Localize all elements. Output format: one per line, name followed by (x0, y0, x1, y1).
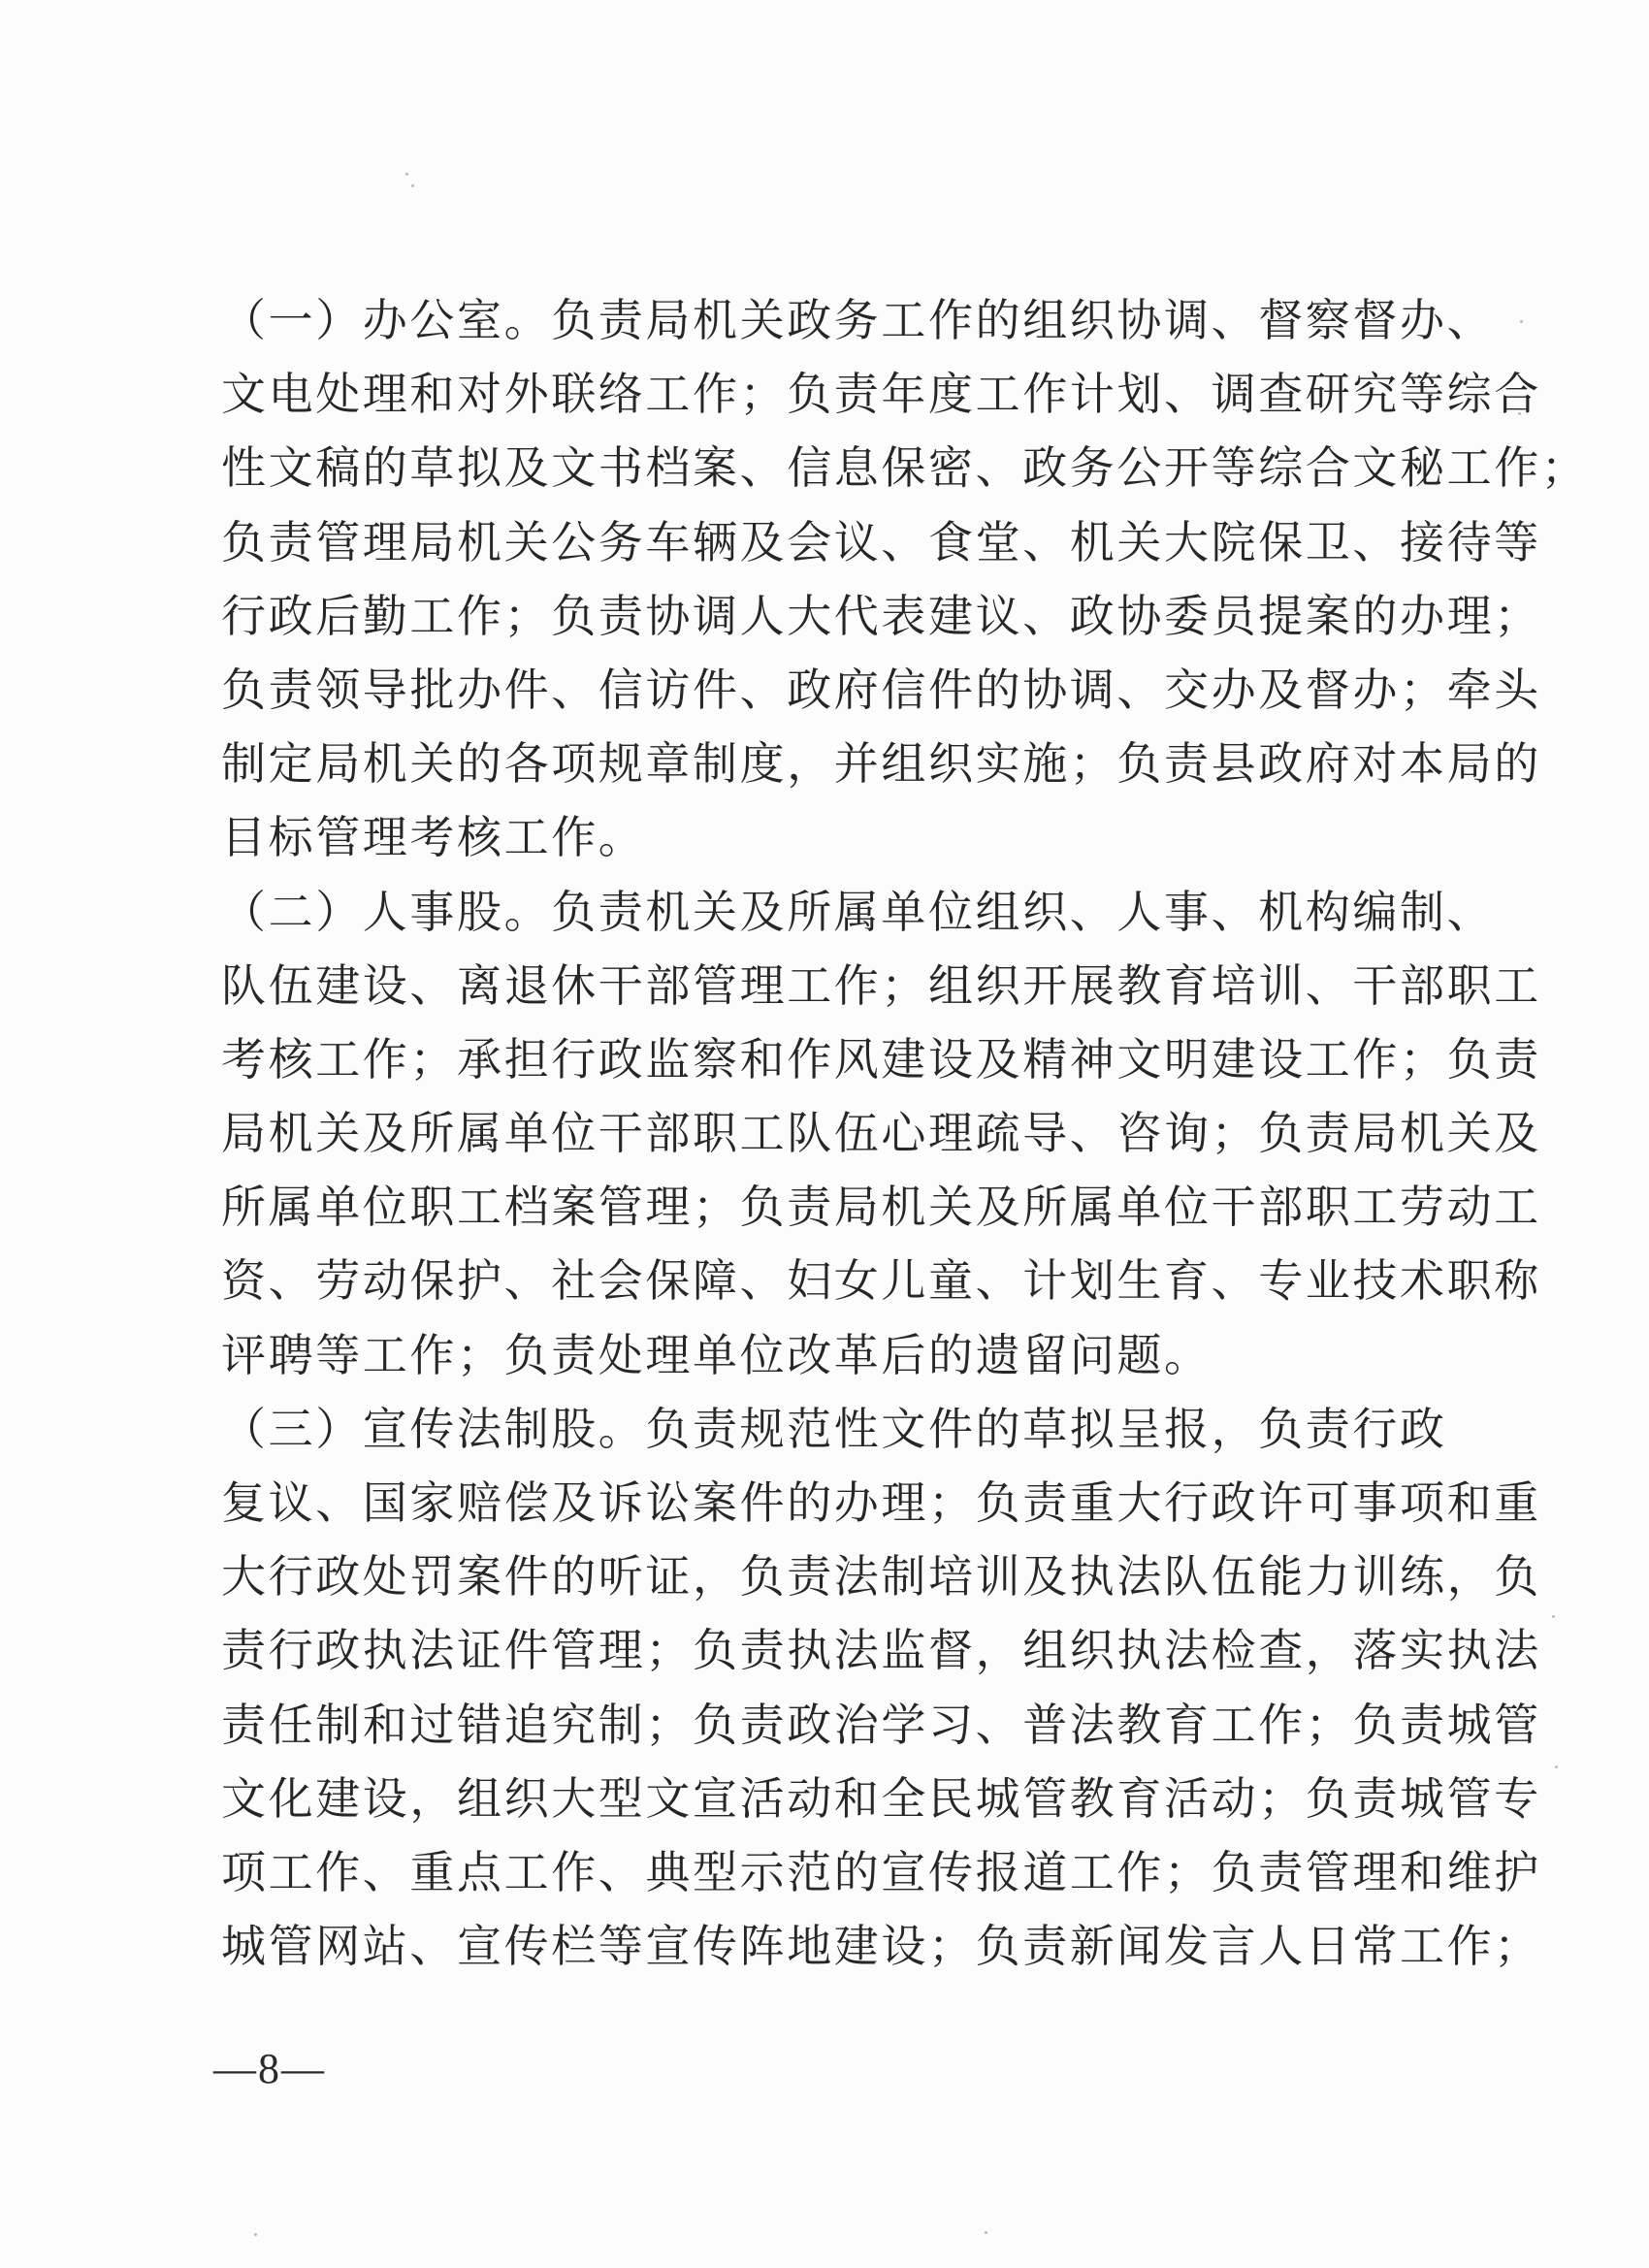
scan-speck (1552, 1615, 1555, 1618)
paragraph-2-line-3: 考核工作；承担行政监察和作风建设及精神文明建设工作；负责 (221, 1022, 1414, 1096)
paragraph-1-line-3: 性文稿的草拟及文书档案、信息保密、政务公开等综合文秘工作； (221, 431, 1414, 504)
paragraph-3-line-4: 责行政执法证件管理；负责执法监督，组织执法检查，落实执法 (221, 1613, 1414, 1687)
paragraph-1-line-7: 制定局机关的各项规章制度，并组织实施；负责县政府对本局的 (221, 727, 1414, 800)
body-text: （一）办公室。负责局机关政务工作的组织协调、督察督办、 文电处理和对外联络工作；… (221, 283, 1414, 1983)
scan-speck (1518, 412, 1521, 415)
paragraph-1-line-1: （一）办公室。负责局机关政务工作的组织协调、督察督办、 (221, 283, 1414, 357)
paragraph-3-line-5: 责任制和过错追究制；负责政治学习、普法教育工作；负责城管 (221, 1688, 1414, 1762)
scan-speck (1555, 1766, 1558, 1768)
paragraph-2-line-4: 局机关及所属单位干部职工队伍心理疏导、咨询；负责局机关及 (221, 1096, 1414, 1170)
paragraph-2-line-2: 队伍建设、离退休干部管理工作；组织开展教育培训、干部职工 (221, 949, 1414, 1022)
paragraph-2-line-6: 资、劳动保护、社会保障、妇女儿童、计划生育、专业技术职称 (221, 1244, 1414, 1317)
paragraph-1-line-8: 目标管理考核工作。 (221, 800, 1414, 874)
paragraph-1-line-5: 行政后勤工作；负责协调人大代表建议、政协委员提案的办理； (221, 579, 1414, 653)
paragraph-3-line-8: 城管网站、宣传栏等宣传阵地建设；负责新闻发言人日常工作； (221, 1909, 1414, 1983)
paragraph-2-line-5: 所属单位职工档案管理；负责局机关及所属单位干部职工劳动工 (221, 1170, 1414, 1244)
paragraph-3-line-3: 大行政处罚案件的听证，负责法制培训及执法队伍能力训练，负 (221, 1539, 1414, 1613)
scan-speck (1520, 320, 1523, 323)
paragraph-3-line-2: 复议、国家赔偿及诉讼案件的办理；负责重大行政许可事项和重 (221, 1466, 1414, 1539)
paragraph-3-line-7: 项工作、重点工作、典型示范的宣传报道工作；负责管理和维护 (221, 1835, 1414, 1909)
paragraph-3-line-6: 文化建设，组织大型文宣活动和全民城管教育活动；负责城管专 (221, 1762, 1414, 1835)
paragraph-1-line-4: 负责管理局机关公务车辆及会议、食堂、机关大院保卫、接待等 (221, 505, 1414, 579)
paragraph-2-line-1: （二）人事股。负责机关及所属单位组织、人事、机构编制、 (221, 875, 1414, 949)
scan-speck (985, 2231, 987, 2234)
paragraph-3-line-1: （三）宣传法制股。负责规范性文件的草拟呈报，负责行政 (221, 1392, 1414, 1466)
paragraph-2-line-7: 评聘等工作；负责处理单位改革后的遗留问题。 (221, 1318, 1414, 1392)
scan-speck (411, 184, 414, 187)
paragraph-1-line-6: 负责领导批办件、信访件、政府信件的协调、交办及督办；牵头 (221, 653, 1414, 727)
scan-speck (405, 173, 408, 176)
paragraph-1-line-2: 文电处理和对外联络工作；负责年度工作计划、调查研究等综合 (221, 357, 1414, 431)
scan-speck (254, 2233, 257, 2236)
document-page: （一）办公室。负责局机关政务工作的组织协调、督察督办、 文电处理和对外联络工作；… (0, 0, 1649, 2268)
page-number: —8— (213, 2045, 326, 2093)
